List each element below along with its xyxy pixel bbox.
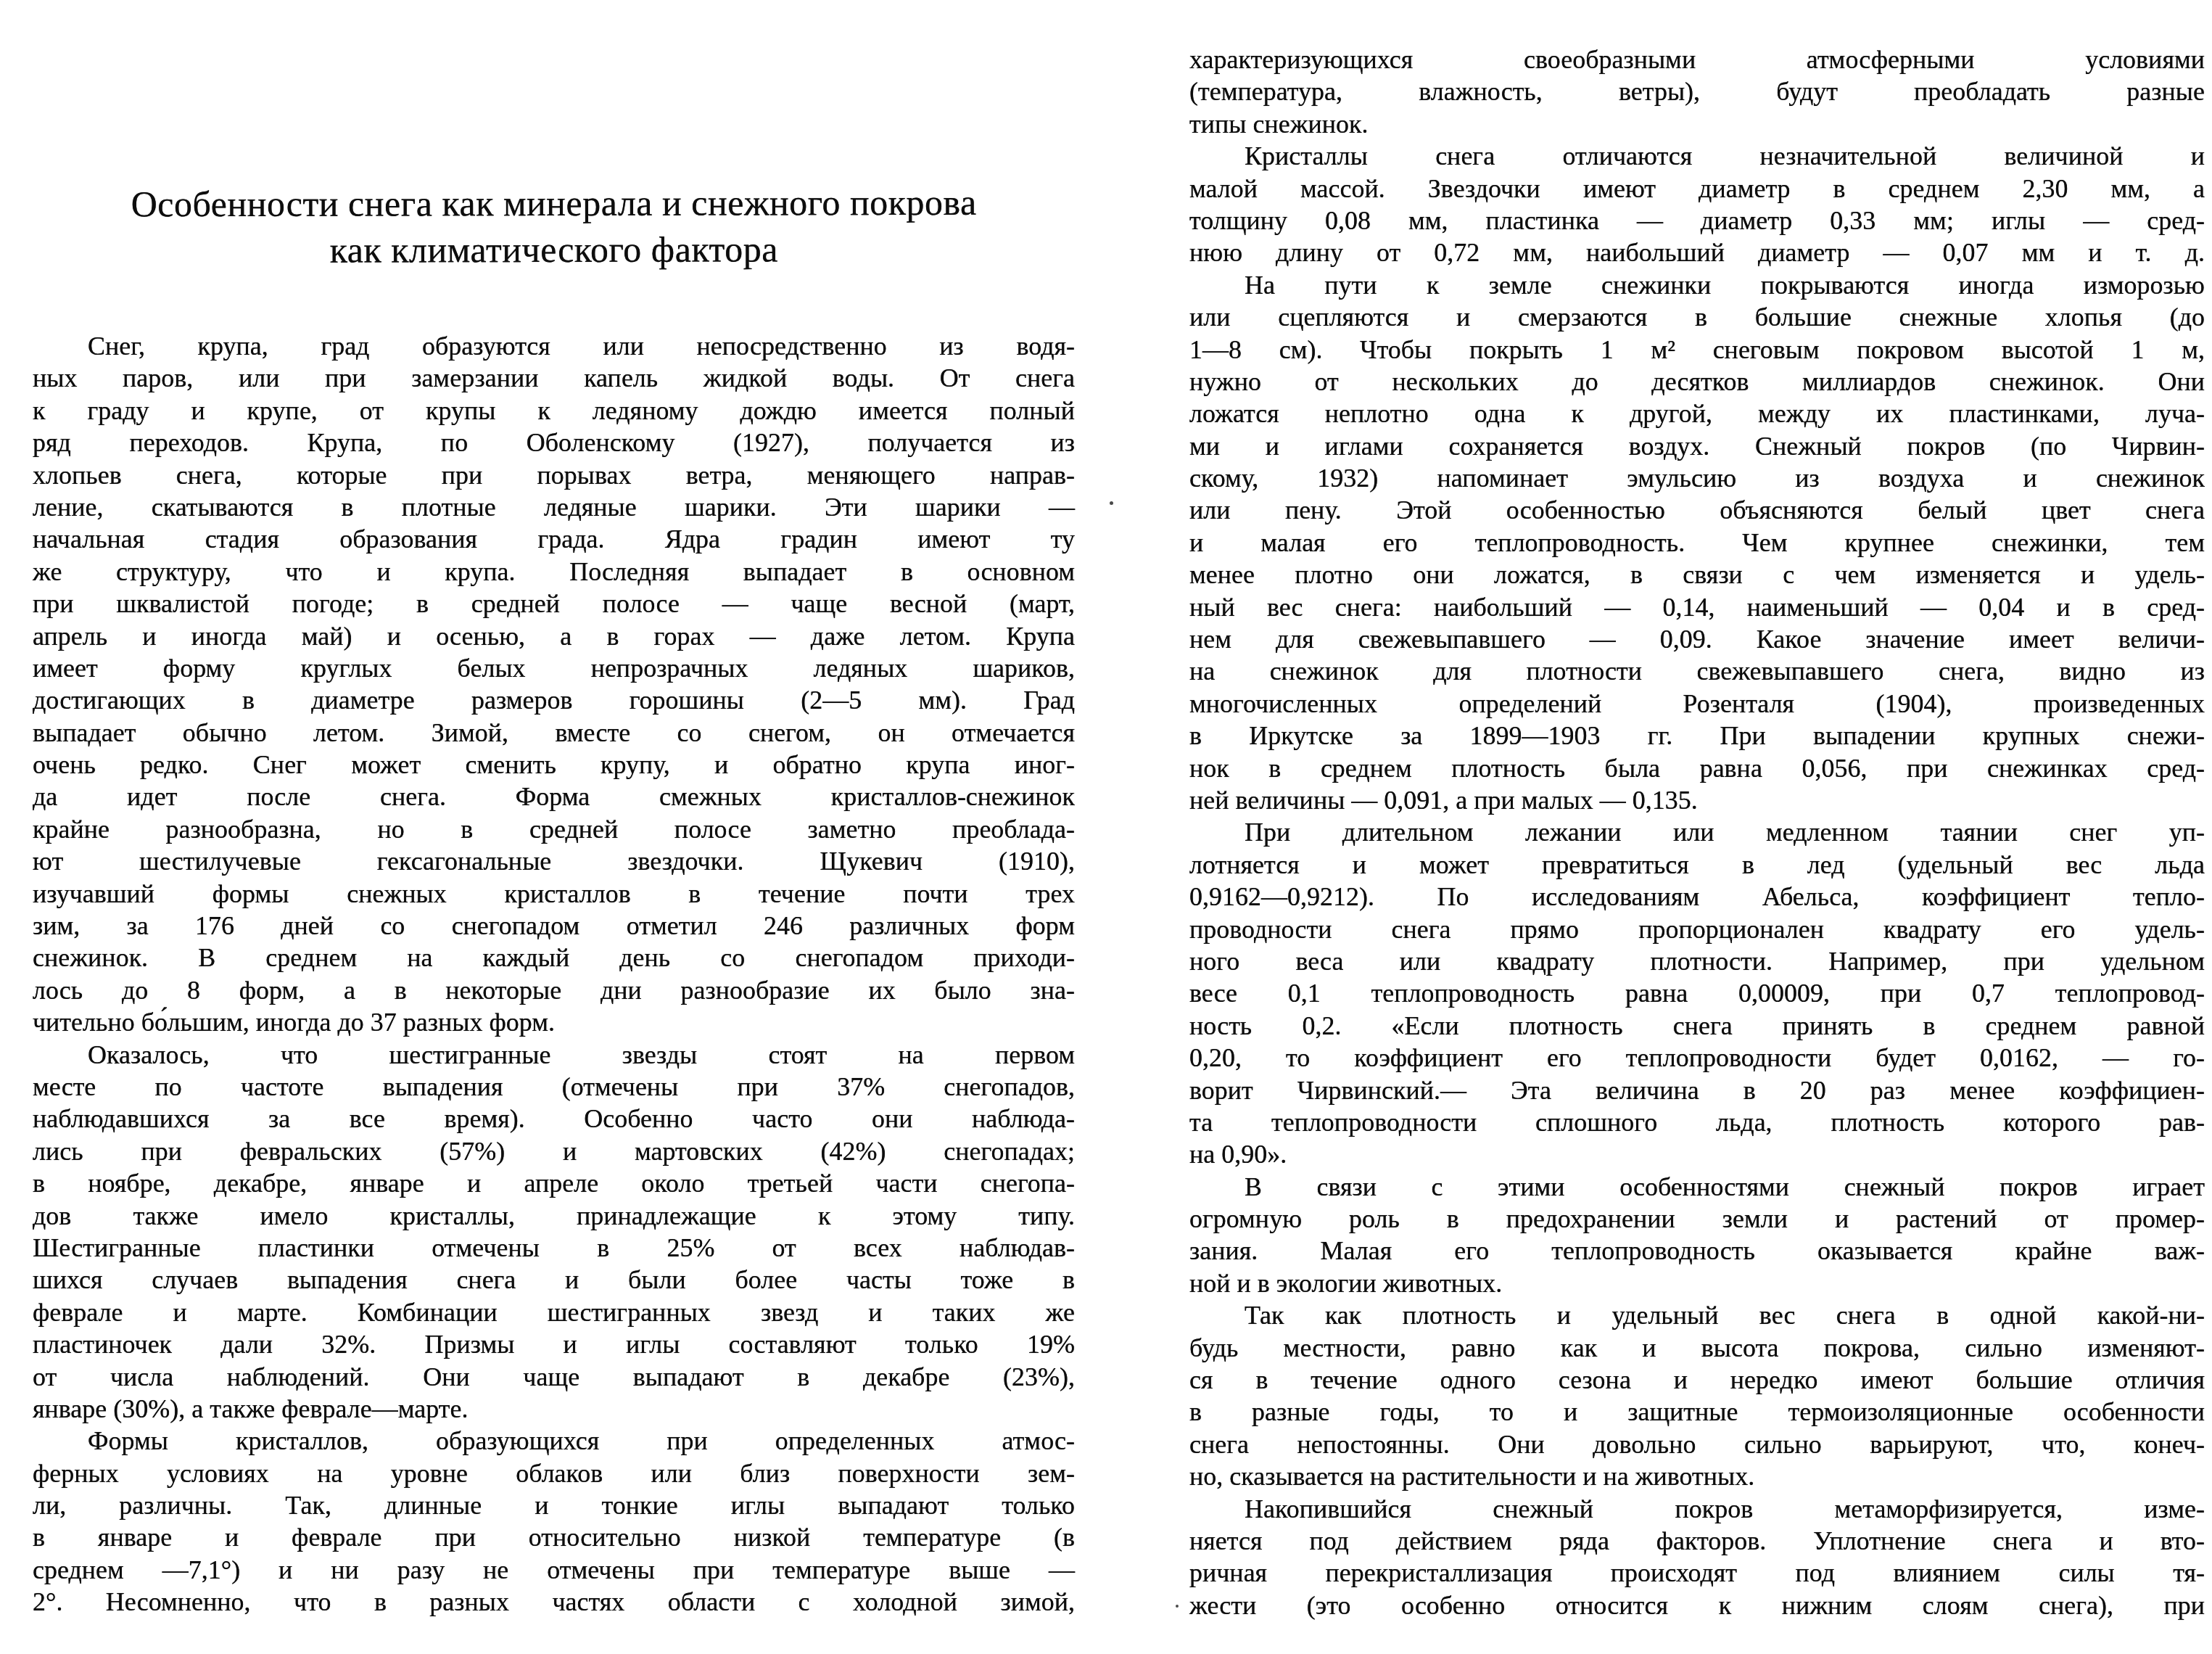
text-line: в ноябре, декабре, январе и апреле около… [33, 1167, 1075, 1199]
text-line: При длительном лежании или медленном тая… [1189, 816, 2205, 848]
left-column: Особенности снега как минерала и снежног… [33, 0, 1075, 1654]
text-line: же структуру, что и крупа. Последняя вып… [33, 556, 1075, 588]
book-page: Особенности снега как минерала и снежног… [0, 0, 2212, 1654]
text-line: Так как плотность и удельный вес снега в… [1189, 1299, 2205, 1331]
text-line: нем для свежевыпавшего — 0,09. Какое зна… [1189, 623, 2205, 655]
text-line: ной и в экологии животных. [1189, 1267, 2205, 1299]
title-line-1: Особенности снега как минерала и снежног… [33, 178, 1075, 227]
text-line: огромную роль в предохранении земли и ра… [1189, 1203, 2205, 1235]
text-line: начальная стадия образования града. Ядра… [33, 523, 1075, 555]
text-line: Шестигранные пластинки отмечены в 25% от… [33, 1232, 1075, 1264]
text-line: нужно от нескольких до десятков миллиард… [1189, 366, 2205, 398]
text-line: январе (30%), а также феврале—марте. [33, 1393, 1075, 1425]
text-line: имеет форму круглых белых непрозрачных л… [33, 652, 1075, 684]
text-line: лось до 8 форм, а в некоторые дни разноо… [33, 974, 1075, 1006]
text-line: и малая его теплопроводность. Чем крупне… [1189, 527, 2205, 559]
text-line: Формы кристаллов, образующихся при опред… [33, 1425, 1075, 1457]
text-line: хлопьев снега, которые при порывах ветра… [33, 459, 1075, 491]
text-line: достигающих в диаметре размеров горошины… [33, 684, 1075, 716]
right-column: характеризующихся своеобразными атмосфер… [1189, 0, 2205, 1654]
text-line: будь местности, равно как и высота покро… [1189, 1332, 2205, 1364]
text-line: ми и иглами сохраняется воздух. Снежный … [1189, 430, 2205, 462]
text-line: (температура, влажность, ветры), будут п… [1189, 75, 2205, 107]
text-line: но, сказывается на растительности и на ж… [1189, 1460, 2205, 1492]
text-line: на 0,90». [1189, 1138, 2205, 1170]
text-line: при шквалистой погоде; в средней полосе … [33, 588, 1075, 620]
paragraph: характеризующихся своеобразными атмосфер… [1189, 44, 2205, 140]
text-line: толщину 0,08 мм, пластинка — диаметр 0,3… [1189, 205, 2205, 236]
text-line: дов также имело кристаллы, принадлежащие… [33, 1200, 1075, 1232]
paragraph: На пути к земле снежинки покрываются ино… [1189, 269, 2205, 817]
paragraph: Кристаллы снега отличаются незначительно… [1189, 140, 2205, 269]
text-line: ферных условиях на уровне облаков или бл… [33, 1457, 1075, 1489]
paragraph: Формы кристаллов, образующихся при опред… [33, 1425, 1075, 1618]
text-line: апрель и иногда май) и осенью, а в горах… [33, 620, 1075, 652]
text-line: ность 0,2. «Если плотность снега принять… [1189, 1010, 2205, 1042]
text-line: шихся случаев выпадения снега и были бол… [33, 1264, 1075, 1296]
text-line: ли, различны. Так, длинные и тонкие иглы… [33, 1489, 1075, 1521]
text-line: на снежинок для плотности свежевыпавшего… [1189, 655, 2205, 687]
paragraph: Оказалось, что шестигранные звезды стоят… [33, 1039, 1075, 1425]
text-line: ложатся неплотно одна к другой, между их… [1189, 398, 2205, 429]
text-line: На пути к земле снежинки покрываются ино… [1189, 269, 2205, 301]
title-line-2: как климатического фактора [33, 225, 1075, 273]
text-line: Кристаллы снега отличаются незначительно… [1189, 140, 2205, 172]
text-line: среднем —7,1°) и ни разу не отмечены при… [33, 1554, 1075, 1586]
text-line: в январе и феврале при относительно низк… [33, 1521, 1075, 1553]
text-line: весе 0,1 теплопроводность равна 0,00009,… [1189, 977, 2205, 1009]
text-line: чительно бо́льшим, иногда до 37 разных ф… [33, 1006, 1075, 1038]
scan-speck [1176, 1605, 1179, 1608]
text-line: в Иркутске за 1899—1903 гг. При выпадени… [1189, 720, 2205, 752]
paragraph: В связи с этими особенностями снежный по… [1189, 1171, 2205, 1300]
text-line: крайне разнообразна, но в средней полосе… [33, 813, 1075, 845]
text-line: 1—8 см). Чтобы покрыть 1 м² снеговым пок… [1189, 334, 2205, 366]
text-line: наблюдавшихся за все время). Особенно ча… [33, 1103, 1075, 1135]
text-line: ряд переходов. Крупа, по Оболенскому (19… [33, 427, 1075, 458]
text-line: месте по частоте выпадения (отмечены при… [33, 1071, 1075, 1103]
text-line: ных паров, или при замерзании капель жид… [33, 362, 1075, 394]
text-line: В связи с этими особенностями снежный по… [1189, 1171, 2205, 1203]
paragraph: Снег, крупа, град образуются или непосре… [33, 330, 1075, 1039]
text-line: няется под действием ряда факторов. Упло… [1189, 1525, 2205, 1557]
text-line: лись при февральских (57%) и мартовских … [33, 1135, 1075, 1167]
text-line: изучавший формы снежных кристаллов в теч… [33, 878, 1075, 910]
text-line: ного веса или квадрату плотности. Наприм… [1189, 945, 2205, 977]
text-line: лотняется и может превратиться в лед (уд… [1189, 849, 2205, 881]
text-line: пластиночек дали 32%. Призмы и иглы сост… [33, 1328, 1075, 1360]
text-line: очень редко. Снег может сменить крупу, и… [33, 749, 1075, 781]
text-line: в разные годы, то и защитные термоизоляц… [1189, 1396, 2205, 1428]
text-line: выпадает обычно летом. Зимой, вместе со … [33, 717, 1075, 749]
text-line: малой массой. Звездочки имеют диаметр в … [1189, 173, 2205, 205]
text-line: снега непостоянны. Они довольно сильно в… [1189, 1428, 2205, 1460]
text-line: 0,20, то коэффициент его теплопроводност… [1189, 1042, 2205, 1074]
text-line: характеризующихся своеобразными атмосфер… [1189, 44, 2205, 75]
scan-speck [1110, 501, 1113, 505]
text-line: 0,9162—0,9212). По исследованиям Абельса… [1189, 881, 2205, 913]
text-line: от числа наблюдений. Они чаще выпадают в… [33, 1361, 1075, 1393]
text-line: Снег, крупа, град образуются или непосре… [33, 330, 1075, 362]
text-line: скому, 1932) напоминает эмульсию из возд… [1189, 462, 2205, 494]
text-line: или пену. Этой особенностью объясняются … [1189, 494, 2205, 526]
text-line: зания. Малая его теплопроводность оказыв… [1189, 1235, 2205, 1267]
text-line: снежинок. В среднем на каждый день со сн… [33, 942, 1075, 974]
text-line: Накопившийся снежный покров метаморфизир… [1189, 1493, 2205, 1525]
text-line: 2°. Несомненно, что в разных частях обла… [33, 1586, 1075, 1618]
text-line: та теплопроводности сплошного льда, плот… [1189, 1106, 2205, 1138]
text-line: ворит Чирвинский.— Эта величина в 20 раз… [1189, 1074, 2205, 1106]
text-line: или сцепляются и смерзаются в большие сн… [1189, 301, 2205, 333]
text-line: типы снежинок. [1189, 108, 2205, 140]
text-line: Оказалось, что шестигранные звезды стоят… [33, 1039, 1075, 1071]
paragraph: Накопившийся снежный покров метаморфизир… [1189, 1493, 2205, 1622]
text-line: ный вес снега: наибольший — 0,14, наимен… [1189, 591, 2205, 623]
right-column-text: характеризующихся своеобразными атмосфер… [1189, 44, 2205, 1621]
text-line: многочисленных определений Розенталя (19… [1189, 688, 2205, 720]
text-line: феврале и марте. Комбинации шестигранных… [33, 1296, 1075, 1328]
text-line: ют шестилучевые гексагональные звездочки… [33, 845, 1075, 877]
article-title: Особенности снега как минерала и снежног… [33, 0, 1076, 274]
text-line: нок в среднем плотность была равна 0,056… [1189, 752, 2205, 784]
text-line: зим, за 176 дней со снегопадом отметил 2… [33, 910, 1075, 942]
paragraph: При длительном лежании или медленном тая… [1189, 816, 2205, 1170]
text-line: ление, скатываются в плотные ледяные шар… [33, 491, 1075, 523]
text-line: ся в течение одного сезона и нередко име… [1189, 1364, 2205, 1396]
left-column-text: Снег, крупа, град образуются или непосре… [33, 330, 1075, 1618]
text-line: к граду и крупе, от крупы к ледяному дож… [33, 395, 1075, 427]
text-line: ней величины — 0,091, а при малых — 0,13… [1189, 784, 2205, 816]
text-line: жести (это особенно относится к нижним с… [1189, 1589, 2205, 1621]
text-line: менее плотно они ложатся, в связи с чем … [1189, 559, 2205, 591]
paragraph: Так как плотность и удельный вес снега в… [1189, 1299, 2205, 1492]
text-line: ричная перекристаллизация происходят под… [1189, 1557, 2205, 1589]
text-line: нюю длину от 0,72 мм, наибольший диаметр… [1189, 236, 2205, 268]
text-line: проводности снега прямо пропорционален к… [1189, 913, 2205, 945]
text-line: да идет после снега. Форма смежных крист… [33, 781, 1075, 812]
